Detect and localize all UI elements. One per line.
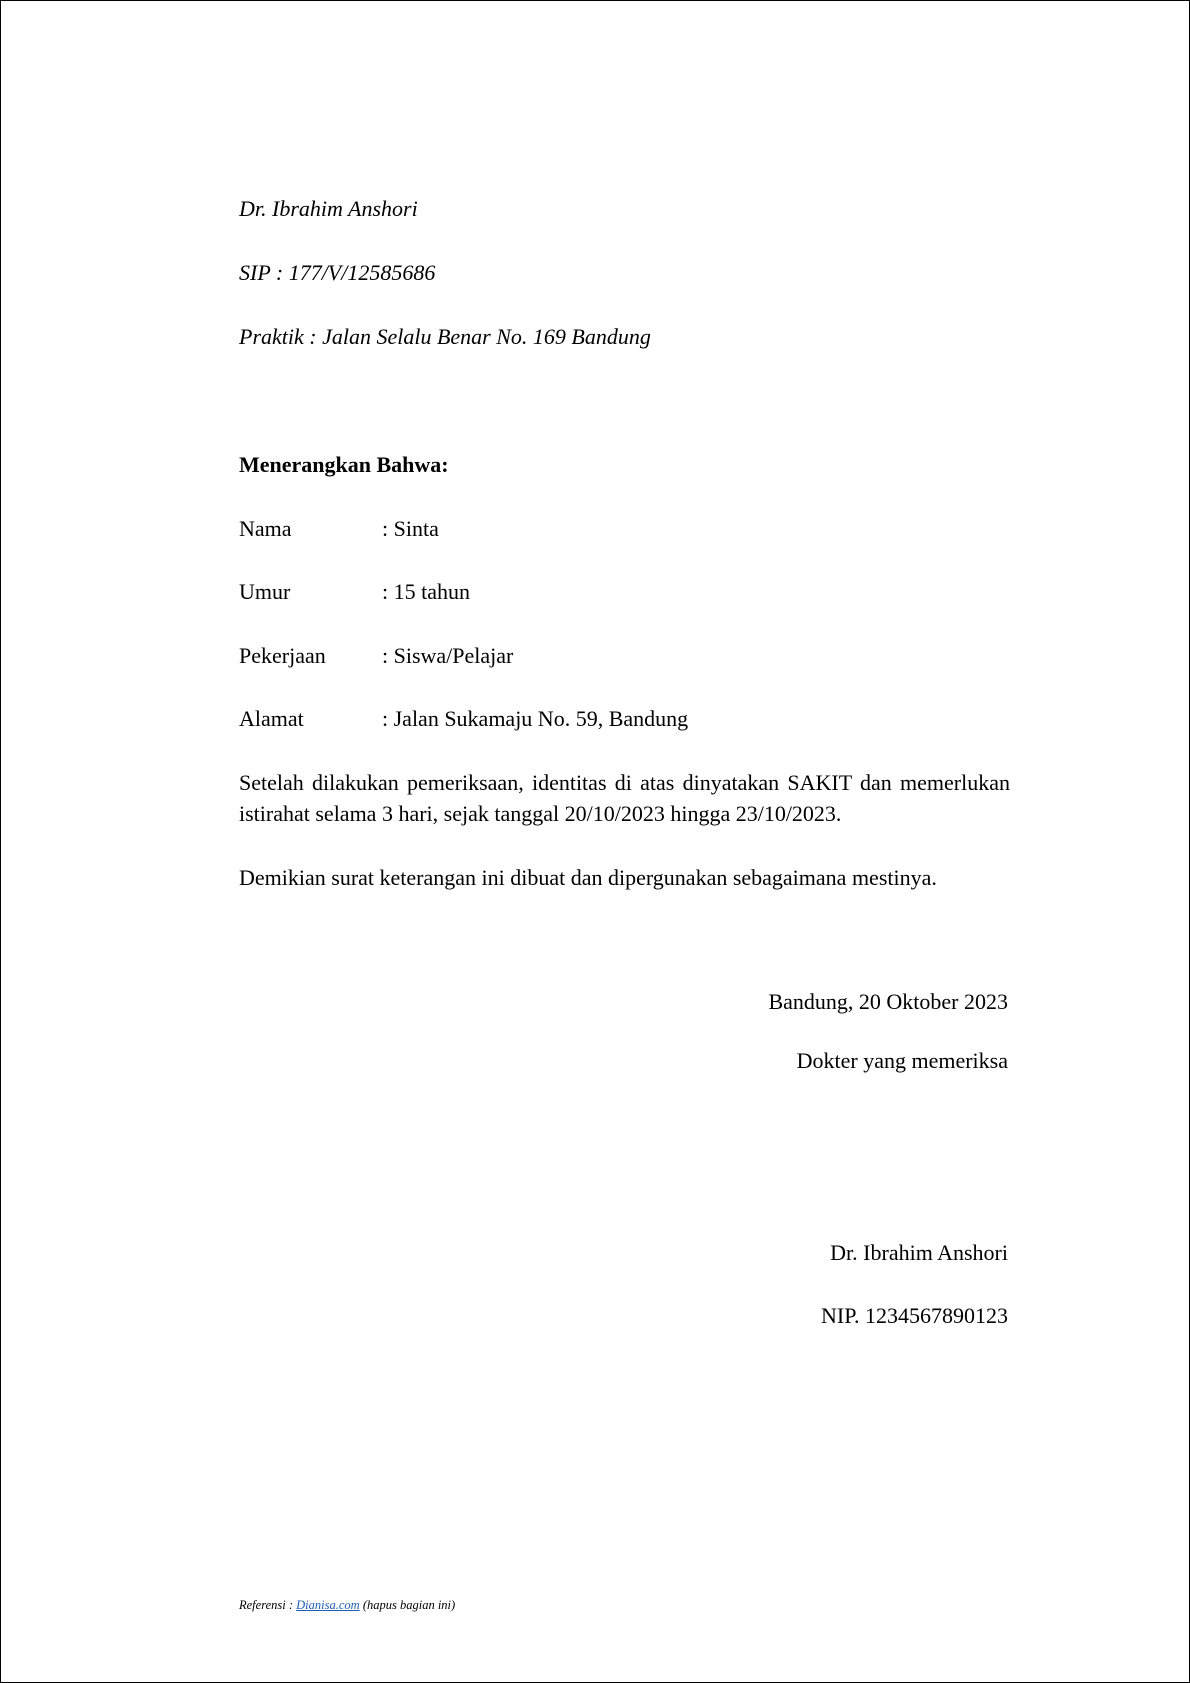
field-label: Nama xyxy=(239,516,292,542)
field-label: Alamat xyxy=(239,706,304,732)
field-label: Pekerjaan xyxy=(239,643,326,669)
section-heading: Menerangkan Bahwa: xyxy=(239,452,449,478)
sip-number: SIP : 177/V/12585686 xyxy=(239,260,435,286)
field-value: : 15 tahun xyxy=(382,579,470,605)
reference-suffix: (hapus bagian ini) xyxy=(360,1598,455,1612)
signer-nip: NIP. 1234567890123 xyxy=(821,1303,1008,1329)
reference-footer: Referensi : Dianisa.com (hapus bagian in… xyxy=(239,1598,455,1613)
signer-role: Dokter yang memeriksa xyxy=(797,1048,1008,1074)
field-label: Umur xyxy=(239,579,290,605)
closing-paragraph: Demikian surat keterangan ini dibuat dan… xyxy=(239,862,1010,893)
doctor-name-header: Dr. Ibrahim Anshori xyxy=(239,196,418,222)
statement-paragraph: Setelah dilakukan pemeriksaan, identitas… xyxy=(239,767,1010,829)
place-date: Bandung, 20 Oktober 2023 xyxy=(768,989,1008,1015)
reference-prefix: Referensi : xyxy=(239,1598,296,1612)
document-page: Dr. Ibrahim Anshori SIP : 177/V/12585686… xyxy=(0,0,1190,1683)
reference-link[interactable]: Dianisa.com xyxy=(296,1598,360,1612)
practice-address: Praktik : Jalan Selalu Benar No. 169 Ban… xyxy=(239,324,651,350)
field-value: : Siswa/Pelajar xyxy=(382,643,513,669)
signer-name: Dr. Ibrahim Anshori xyxy=(830,1240,1008,1266)
field-value: : Jalan Sukamaju No. 59, Bandung xyxy=(382,706,688,732)
field-value: : Sinta xyxy=(382,516,439,542)
